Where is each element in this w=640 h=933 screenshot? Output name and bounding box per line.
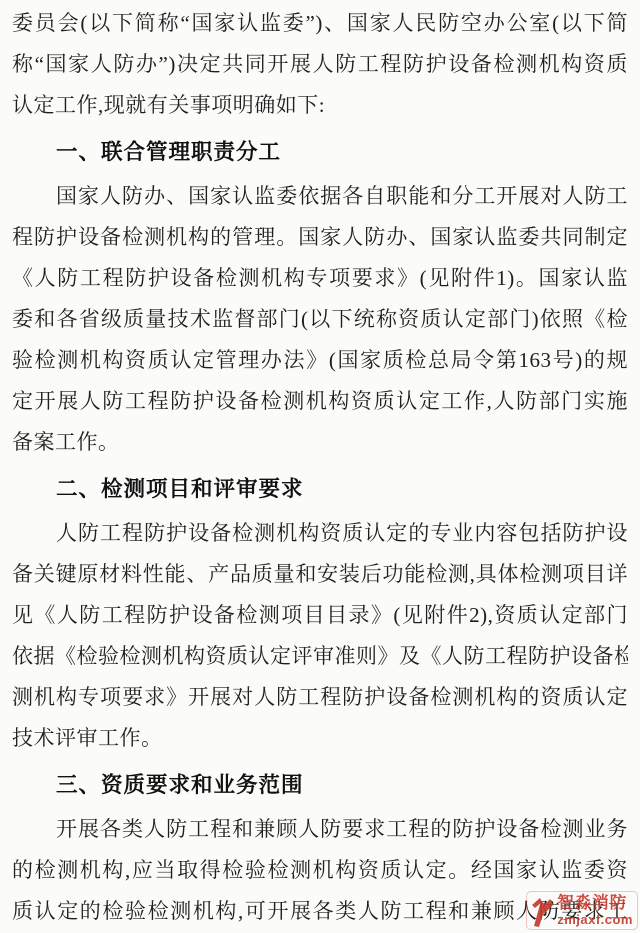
watermark-brand: 智淼消防 [557, 894, 627, 912]
text-line: 开展各类人防工程和兼顾人防要求工程的防护设备检测业务 [12, 809, 628, 850]
section-heading: 一、联合管理职责分工 [12, 132, 628, 173]
text-line: 见《人防工程防护设备检测项目目录》(见附件2),资质认定部门 [12, 595, 628, 636]
text-line: 人防工程防护设备检测机构资质认定的专业内容包括防护设 [12, 513, 628, 554]
text-line: 备关键原材料性能、产品质量和安装后功能检测,具体检测项目详 [12, 554, 628, 595]
text-line: 的检测机构,应当取得检验检测机构资质认定。经国家认监委资 [12, 850, 628, 891]
document-text: 委员会(以下简称“国家认监委”)、国家人民防空办公室(以下简称“国家人防办”)决… [0, 0, 640, 932]
text-line: 国家人防办、国家认监委依据各自职能和分工开展对人防工 [12, 176, 628, 217]
text-line: 定开展人防工程防护设备检测机构资质认定工作,人防部门实施 [12, 381, 628, 422]
watermark-url: zmjaxf.com [557, 912, 633, 927]
section-heading: 二、检测项目和评审要求 [12, 469, 628, 510]
zhimiao-logo-icon [529, 893, 555, 927]
text-line: 认定工作,现就有关事项明确如下: [12, 85, 628, 126]
document-page: 委员会(以下简称“国家认监委”)、国家人民防空办公室(以下简称“国家人防办”)决… [0, 0, 640, 933]
text-line: 程防护设备检测机构的管理。国家人防办、国家认监委共同制定 [12, 217, 628, 258]
watermark-stamp: 智淼消防 zmjaxf.com [526, 891, 638, 930]
text-line: 备案工作。 [12, 422, 628, 463]
text-line: 技术评审工作。 [12, 718, 628, 759]
watermark-text-group: 智淼消防 zmjaxf.com [557, 894, 633, 927]
text-line: 称“国家人防办”)决定共同开展人防工程防护设备检测机构资质 [12, 44, 628, 85]
text-line: 《人防工程防护设备检测机构专项要求》(见附件1)。国家认监 [12, 258, 628, 299]
text-line: 委和各省级质量技术监督部门(以下统称资质认定部门)依照《检 [12, 299, 628, 340]
text-line: 验检测机构资质认定管理办法》(国家质检总局令第163号)的规 [12, 340, 628, 381]
text-line: 依据《检验检测机构资质认定评审准则》及《人防工程防护设备检 [12, 636, 628, 677]
section-heading: 三、资质要求和业务范围 [12, 765, 628, 806]
text-line: 测机构专项要求》开展对人防工程防护设备检测机构的资质认定 [12, 677, 628, 718]
text-line: 委员会(以下简称“国家认监委”)、国家人民防空办公室(以下简 [12, 3, 628, 44]
